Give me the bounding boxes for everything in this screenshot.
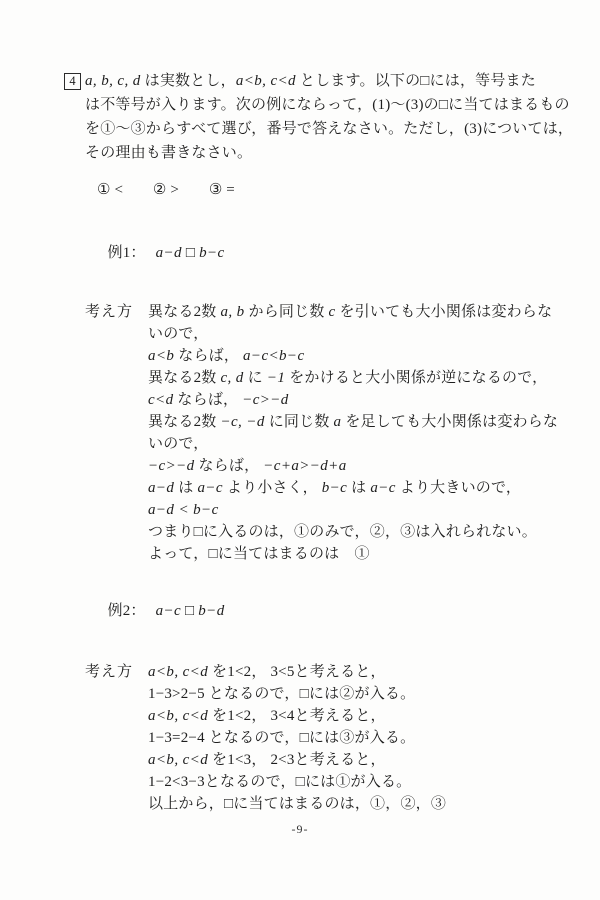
method-label: 考え方 [64, 661, 148, 815]
example1-method: 考え方 異なる2数 a, b から同じ数 c を引いても大小関係は変わらな いの… [64, 301, 564, 565]
statement-line: は不等号が入ります。次の例にならって，(1)～(3)の□に当てはまるもの [85, 93, 564, 117]
choice-option-3: ③= [209, 178, 235, 202]
method-line: 異なる2数 c, d に −1 をかけると大小関係が逆になるので， [148, 367, 564, 389]
statement-line: a, b, c, d は実数とし，a<b, c<d とします。以下の□には，等号… [85, 69, 564, 93]
example1-label: 例1： [108, 245, 146, 261]
choice-option-2: ②> [153, 178, 179, 202]
method-line: 1−3>2−5 となるので，□には②が入る。 [148, 683, 564, 705]
example1-method-body: 異なる2数 a, b から同じ数 c を引いても大小関係は変わらな いので， a… [148, 301, 564, 565]
example2-method: 考え方 a<b, c<d を1<2， 3<5と考えると， 1−3>2−5 となる… [64, 661, 564, 815]
statement-line: を①～③からすべて選び，番号で答えなさい。ただし，(3)については， [85, 117, 564, 141]
problem-statement: a, b, c, d は実数とし，a<b, c<d とします。以下の□には，等号… [85, 69, 564, 165]
example2-label: 例2： [108, 603, 146, 619]
method-line: つまり□に入るのは，①のみで，②，③は入れられない。 [148, 521, 564, 543]
method-line: −c>−d ならば， −c+a>−d+a [148, 455, 564, 477]
method-line: 以上から，□に当てはまるのは，①，②，③ [148, 793, 564, 815]
method-line: a<b, c<d を1<2， 3<5と考えると， [148, 661, 564, 683]
example1-row: 例1：a−d □ b−c [64, 217, 564, 289]
example2-method-body: a<b, c<d を1<2， 3<5と考えると， 1−3>2−5 となるので，□… [148, 661, 564, 815]
method-line: a−d は a−c より小さく， b−c は a−c より大きいので， [148, 477, 564, 499]
circled-number: ① [97, 182, 110, 198]
circled-number: ③ [209, 182, 222, 198]
example2-row: 例2：a−c □ b−d [64, 575, 564, 647]
statement-line: その理由も書きなさい。 [85, 141, 564, 165]
method-line: 異なる2数 −c, −d に同じ数 a を足しても大小関係は変わらな [148, 411, 564, 433]
method-line: a<b, c<d を1<3， 2<3と考えると， [148, 749, 564, 771]
method-line: いので， [148, 323, 564, 345]
problem-statement-block: 4 a, b, c, d は実数とし，a<b, c<d とします。以下の□には，… [64, 69, 564, 165]
exam-page: 4 a, b, c, d は実数とし，a<b, c<d とします。以下の□には，… [0, 0, 600, 900]
choice-option-1: ①< [97, 178, 123, 202]
method-line: a−d < b−c [148, 499, 564, 521]
example1-expression: a−d □ b−c [156, 245, 225, 261]
example2-expression: a−c □ b−d [156, 603, 225, 619]
page-number: -9- [0, 822, 600, 837]
method-line: a<b ならば， a−c<b−c [148, 345, 564, 367]
choices-row: ①< ②> ③= [64, 178, 564, 202]
circled-number: ② [153, 182, 166, 198]
choice-symbol: > [170, 182, 178, 198]
method-line: a<b, c<d を1<2， 3<4と考えると， [148, 705, 564, 727]
problem-number-box: 4 [64, 73, 81, 90]
choice-symbol: = [226, 182, 234, 198]
choice-symbol: < [114, 182, 122, 198]
method-label: 考え方 [64, 301, 148, 565]
method-line: 1−3=2−4 となるので，□には③が入る。 [148, 727, 564, 749]
method-line: いので， [148, 433, 564, 455]
problem-content: 4 a, b, c, d は実数とし，a<b, c<d とします。以下の□には，… [64, 69, 564, 815]
method-line: よって，□に当てはまるのは ① [148, 543, 564, 565]
method-line: 異なる2数 a, b から同じ数 c を引いても大小関係は変わらな [148, 301, 564, 323]
method-line: c<d ならば， −c>−d [148, 389, 564, 411]
method-line: 1−2<3−3となるので，□には①が入る。 [148, 771, 564, 793]
